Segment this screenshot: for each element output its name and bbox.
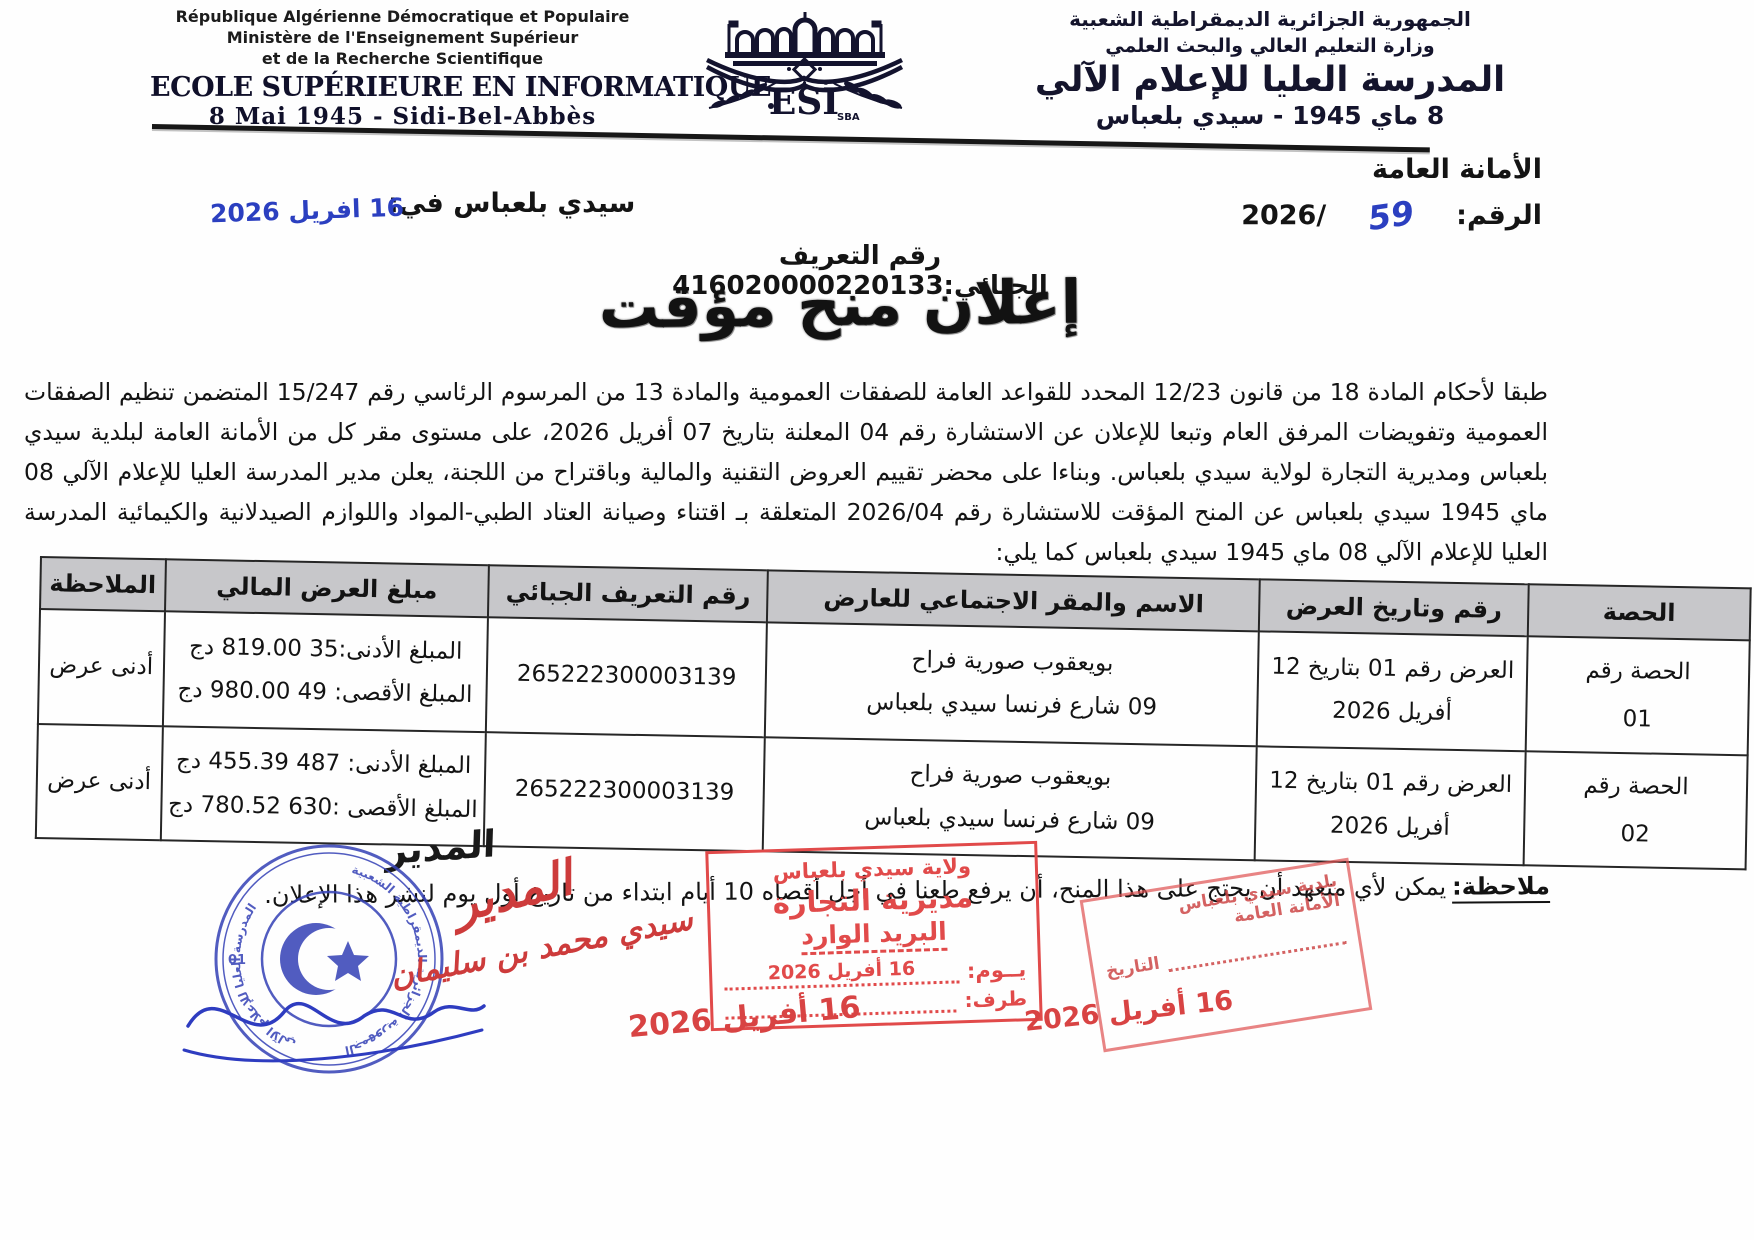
lot-cell: الحصة رقم 01 — [1572, 646, 1704, 745]
french-school-name: ECOLE SUPÉRIEURE EN INFORMATIQUE — [150, 72, 655, 103]
place-date-label: سيدي بلعباس في: — [388, 188, 635, 219]
amount-cell: المبلغ الأدنى:35 819.00 دج المبلغ الأقصى… — [163, 611, 489, 732]
ref-label: الرقم: — [1456, 200, 1542, 231]
header-french-block: République Algérienne Démocratique et Po… — [150, 6, 655, 130]
arabic-ministry-line: وزارة التعليم العالي والبحث العلمي — [955, 33, 1585, 59]
arabic-school-city: 8 ماي 1945 - سيدي بلعباس — [955, 101, 1585, 131]
logo-esi-text: ESÎ — [769, 81, 839, 123]
tax-id-cell: 265222300003139 — [486, 617, 767, 737]
reference-number-line: الرقم: 59 /2026 — [1241, 200, 1542, 235]
col-tax-id: رقم التعريف الجبائي — [488, 565, 768, 622]
bidder-address: 09 شارع فرنسا سيدي بلعباس — [772, 680, 1251, 732]
trade-stamp-by-label: طرف: — [964, 986, 1027, 1012]
logo-sba-text: SBA — [837, 112, 860, 123]
col-offer-number-date: رقم وتاريخ العرض — [1259, 579, 1528, 636]
amount-max: المبلغ الأقصى :630 780.52 دج — [168, 783, 478, 832]
col-bidder-name-address: الاسم والمقر الاجتماعي للعارض — [767, 570, 1260, 631]
lot-cell: الحصة رقم 02 — [1570, 761, 1702, 860]
offer-cell: العرض رقم 01 بتاريخ 12 أفريل 2026 — [1255, 746, 1526, 865]
amount-max: المبلغ الأقصى: 49 980.00 دج — [170, 669, 480, 718]
french-ministry-line2: et de la Recherche Scientifique — [150, 48, 655, 69]
award-table: الحصة رقم وتاريخ العرض الاسم والمقر الاج… — [35, 556, 1752, 871]
announcement-paragraph: طبقا لأحكام المادة 18 من قانون 12/23 الم… — [24, 372, 1548, 572]
bidder-cell: بويعقوب صورية فراح 09 شارع فرنسا سيدي بل… — [765, 622, 1259, 746]
amount-min: المبلغ الأدنى: 487 455.39 دج — [168, 740, 478, 789]
trade-stamp-day-label: يــوم: — [967, 957, 1027, 983]
esi-school-logo-icon: ESÎ SBA — [697, 6, 912, 128]
ref-number-handwritten: 59 — [1366, 193, 1417, 238]
col-note: الملاحظة — [40, 557, 166, 611]
arabic-republic-line: الجمهورية الجزائرية الديمقراطية الشعبية — [955, 6, 1585, 33]
col-offer-amount: مبلغ العرض المالي — [165, 559, 489, 617]
note-cell: أدنى عرض — [36, 724, 163, 841]
footnote-label: ملاحظة: — [1452, 872, 1550, 904]
arabic-school-name: المدرسة العليا للإعلام الآلي — [955, 59, 1585, 101]
municipality-stamp-date-label: التاريخ — [1105, 954, 1161, 982]
col-lot: الحصة — [1528, 584, 1751, 640]
french-republic-line: République Algérienne Démocratique et Po… — [150, 6, 655, 27]
tax-id-cell: 265222300003139 — [484, 732, 765, 852]
secretariat-label: الأمانة العامة — [1372, 154, 1542, 185]
scanned-award-document: République Algérienne Démocratique et Po… — [0, 0, 1754, 1240]
blue-date-stamp: 16 افريل 2026 — [210, 193, 405, 229]
trade-stamp-date: 16 أفريل 2026 — [724, 956, 960, 990]
document-title: إعلان منح مؤقت — [540, 267, 1141, 343]
bidder-address: 09 شارع فرنسا سيدي بلعباس — [770, 794, 1249, 846]
trade-stamp-incoming-mail: البريد الوارد — [801, 917, 948, 956]
trade-stamp-day-row: يــوم: 16 أفريل 2026 — [724, 954, 1027, 990]
header-arabic-block: الجمهورية الجزائرية الديمقراطية الشعبية … — [955, 6, 1585, 131]
ref-year: /2026 — [1241, 200, 1326, 231]
offer-cell: العرض رقم 01 بتاريخ 12 أفريل 2026 — [1257, 631, 1528, 750]
blue-ink-signature — [178, 958, 493, 1073]
amount-min: المبلغ الأدنى:35 819.00 دج — [171, 625, 481, 674]
note-cell: أدنى عرض — [38, 609, 165, 726]
french-ministry-line1: Ministère de l'Enseignement Supérieur — [150, 27, 655, 48]
